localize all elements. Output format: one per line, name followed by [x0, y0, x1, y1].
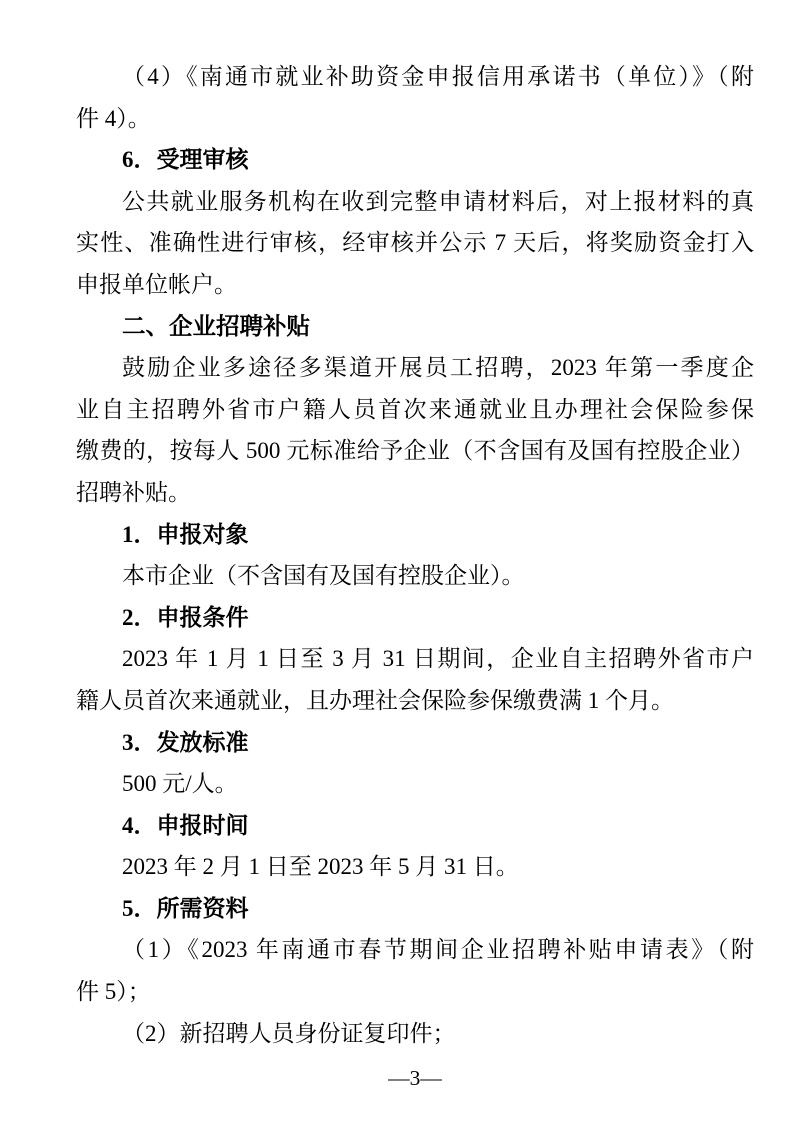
section-heading-2: 二、企业招聘补贴: [76, 306, 754, 348]
numbered-heading-1: 1．申报对象: [76, 514, 754, 556]
para-line: 件 5）；: [76, 971, 754, 1013]
numbered-heading-6: 6．受理审核: [76, 139, 754, 181]
numbered-heading-4: 4．申报时间: [76, 805, 754, 847]
para-line: （1）《2023 年南通市春节期间企业招聘补贴申请表》（附: [76, 929, 754, 971]
para-line: 申报单位帐户。: [76, 264, 754, 306]
para-line: 2023 年 2 月 1 日至 2023 年 5 月 31 日。: [76, 846, 754, 888]
para-line: 实性、准确性进行审核，经审核并公示 7 天后，将奖励资金打入: [76, 222, 754, 264]
para-line: 公共就业服务机构在收到完整申请材料后，对上报材料的真: [76, 181, 754, 223]
para-line: 招聘补贴。: [76, 472, 754, 514]
para-line: 鼓励企业多途径多渠道开展员工招聘，2023 年第一季度企: [76, 347, 754, 389]
para-line: 本市企业（不含国有及国有控股企业）。: [76, 555, 754, 597]
para-line: 缴费的，按每人 500 元标准给予企业（不含国有及国有控股企业）: [76, 430, 754, 472]
para-line: 件 4）。: [76, 98, 754, 140]
para-line: 500 元/人。: [76, 763, 754, 805]
numbered-heading-5: 5．所需资料: [76, 888, 754, 930]
para-line: 2023 年 1 月 1 日至 3 月 31 日期间，企业自主招聘外省市户: [76, 638, 754, 680]
numbered-heading-3: 3．发放标准: [76, 722, 754, 764]
para-line: （4）《南通市就业补助资金申报信用承诺书（单位）》（附: [76, 56, 754, 98]
para-line: 籍人员首次来通就业，且办理社会保险参保缴费满 1 个月。: [76, 680, 754, 722]
numbered-heading-2: 2．申报条件: [76, 597, 754, 639]
para-line: （2）新招聘人员身份证复印件；: [76, 1013, 754, 1055]
document-page: （4）《南通市就业补助资金申报信用承诺书（单位）》（附 件 4）。 6．受理审核…: [0, 0, 800, 1143]
para-line: 业自主招聘外省市户籍人员首次来通就业且办理社会保险参保: [76, 389, 754, 431]
page-number: —3—: [76, 1060, 754, 1096]
